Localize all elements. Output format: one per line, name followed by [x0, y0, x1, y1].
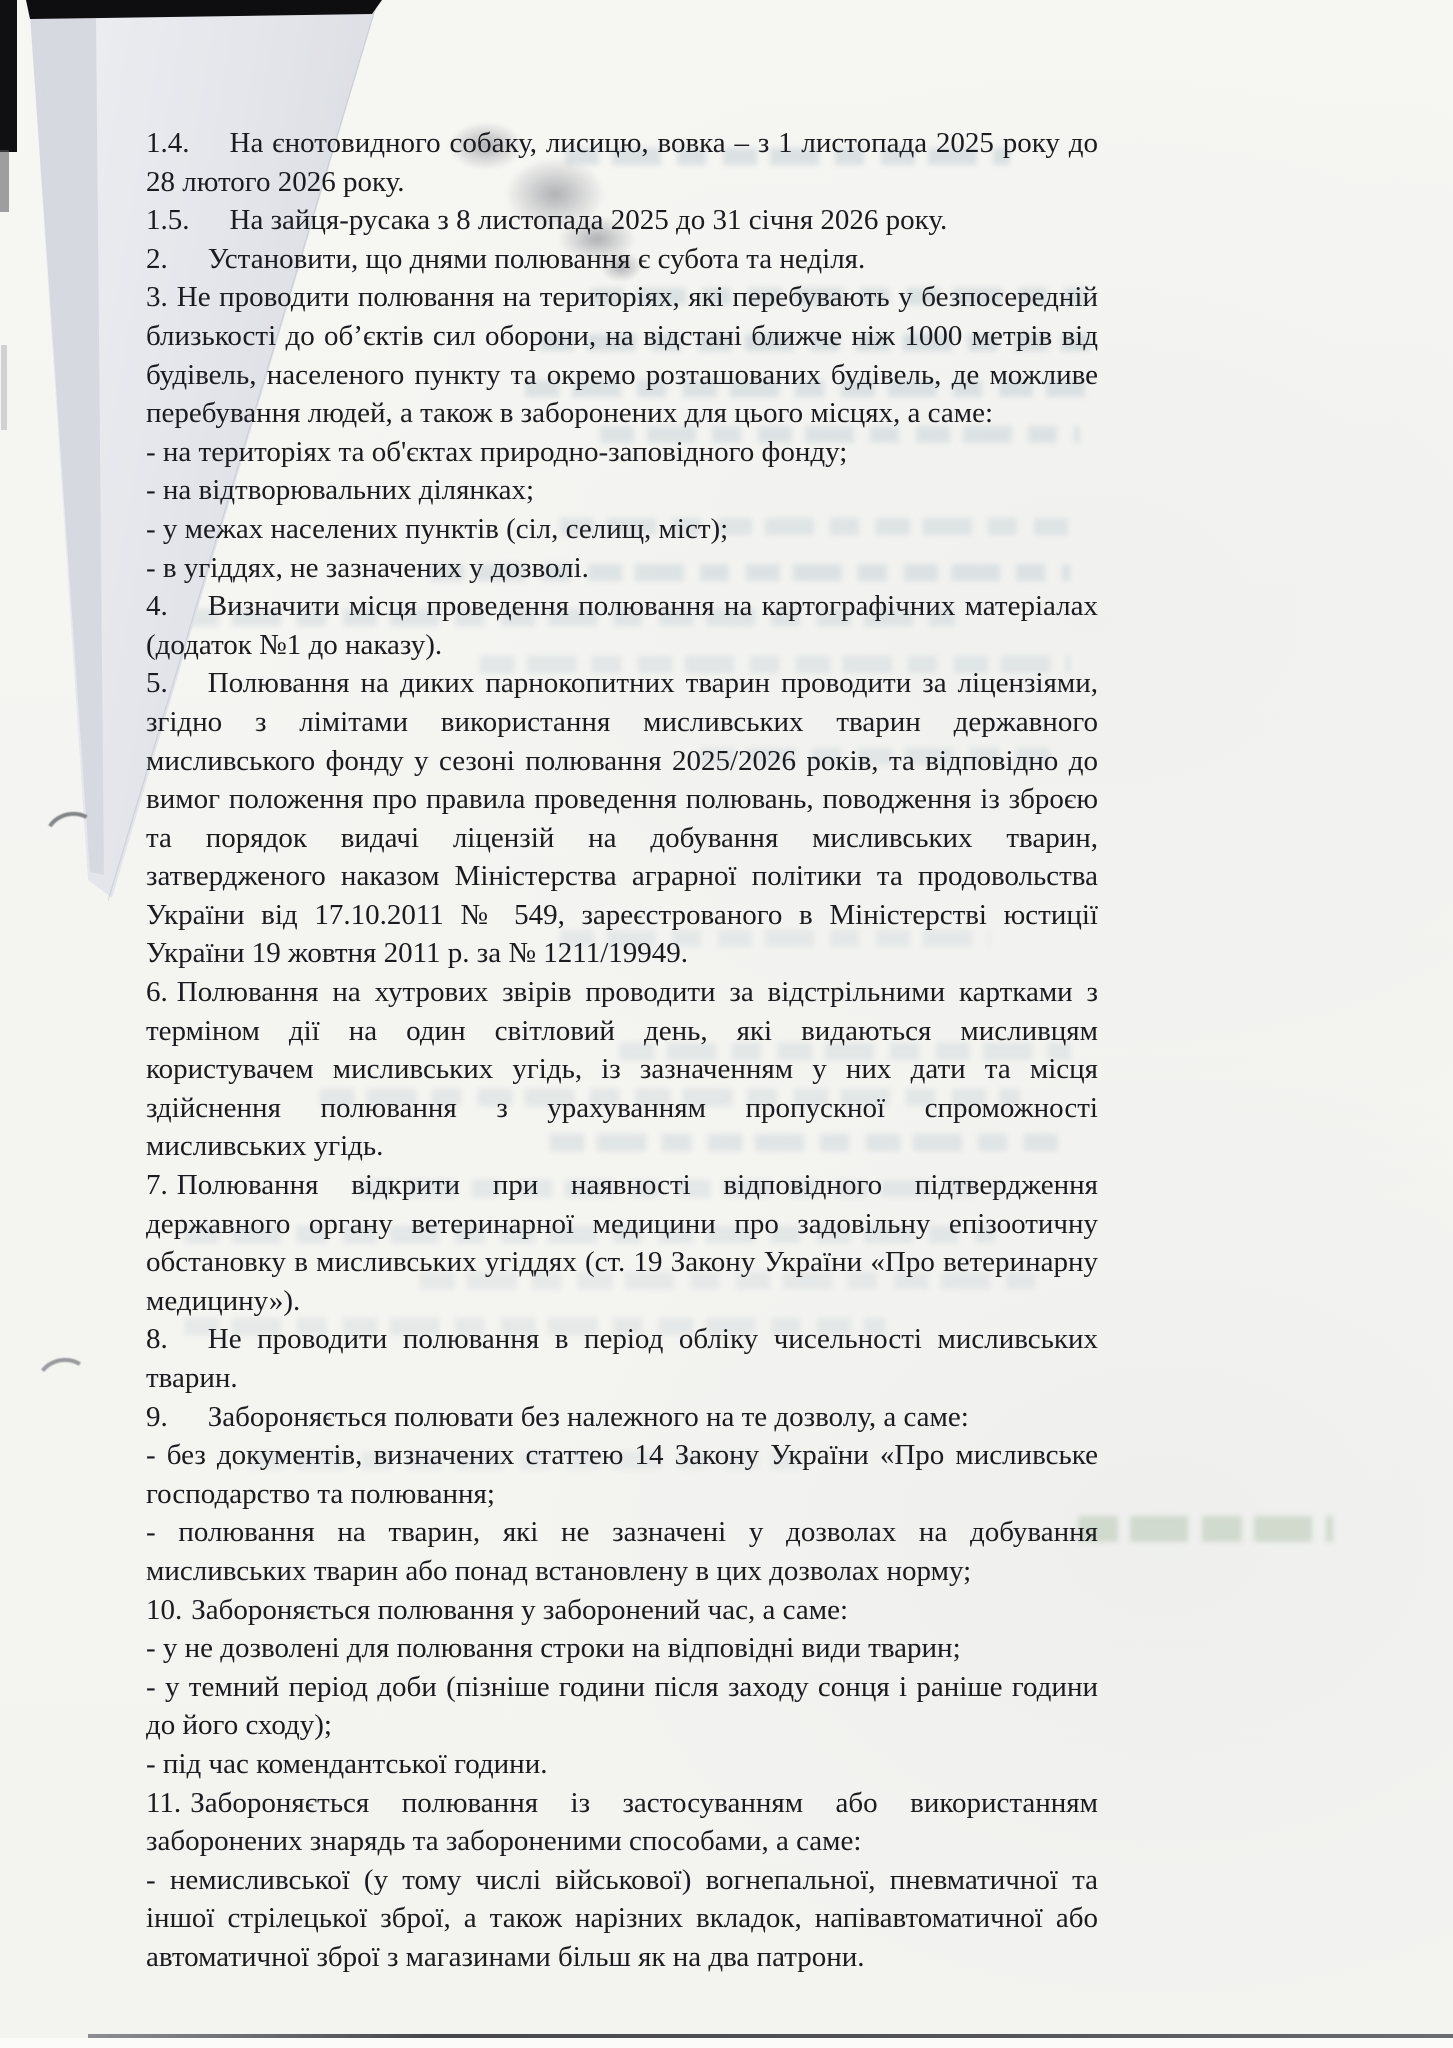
paragraph: 3.Не проводити полювання на територіях, …	[146, 278, 1098, 432]
paragraph: - під час комендантської години.	[146, 1745, 1098, 1784]
paragraph: 10.Забороняється полювання у заборонений…	[146, 1591, 1098, 1630]
paragraph: 2.Установити, що днями полювання є субот…	[146, 240, 1098, 279]
paragraph: - немисливської (у тому числі військової…	[146, 1861, 1098, 1977]
paragraph: - у темний період доби (пізніше години п…	[146, 1668, 1098, 1745]
paragraph: 4.Визначити місця проведення полювання н…	[146, 587, 1098, 664]
paragraph-text: - немисливської (у тому числі військової…	[146, 1864, 1098, 1973]
paragraph-text: - на територіях та об'єктах природно-зап…	[146, 436, 847, 468]
paragraph-number: 2.	[146, 240, 168, 279]
paragraph-text: На єнотовидного собаку, лисицю, вовка – …	[146, 127, 1098, 198]
paragraph-number: 4.	[146, 587, 168, 626]
paragraph-text: - на відтворювальних ділянках;	[146, 474, 534, 506]
paragraph-number: 3.	[146, 278, 168, 317]
document-body: 1.4.На єнотовидного собаку, лисицю, вовк…	[146, 124, 1098, 1977]
paragraph-text: Установити, що днями полювання є субота …	[208, 243, 866, 275]
paragraph-number: 11.	[146, 1784, 181, 1823]
paragraph-text: Забороняється полювання у заборонений ча…	[191, 1594, 848, 1626]
paragraph: 11.Забороняється полювання із застосуван…	[146, 1784, 1098, 1861]
paragraph-text: - у темний період доби (пізніше години п…	[146, 1671, 1098, 1742]
paragraph: 1.4.На єнотовидного собаку, лисицю, вовк…	[146, 124, 1098, 201]
paragraph: - в угіддях, не зазначених у дозволі.	[146, 549, 1098, 588]
paragraph: 9.Забороняється полювати без належного н…	[146, 1398, 1098, 1437]
paragraph-text: Забороняється полювання із застосуванням…	[146, 1787, 1098, 1858]
paragraph-number: 8.	[146, 1320, 168, 1359]
paragraph: 6.Полювання на хутрових звірів проводити…	[146, 973, 1098, 1166]
paragraph-text: Не проводити полювання на територіях, як…	[146, 281, 1098, 429]
paragraph-number: 1.4.	[146, 124, 190, 163]
paragraph: - на відтворювальних ділянках;	[146, 471, 1098, 510]
paragraph-number: 7.	[146, 1166, 168, 1205]
paragraph: - без документів, визначених статтею 14 …	[146, 1436, 1098, 1513]
paragraph-number: 1.5.	[146, 201, 190, 240]
paragraph: 7.Полювання відкрити при наявності відпо…	[146, 1166, 1098, 1320]
scanned-document-page: { "document": { "language": "uk", "color…	[0, 0, 1453, 2048]
paragraph: 8.Не проводити полювання в період обліку…	[146, 1320, 1098, 1397]
paragraph-text: - в угіддях, не зазначених у дозволі.	[146, 552, 589, 584]
paragraph: - полювання на тварин, які не зазначені …	[146, 1513, 1098, 1590]
paragraph-number: 9.	[146, 1398, 168, 1437]
paragraph-text: - полювання на тварин, які не зазначені …	[146, 1516, 1098, 1587]
paragraph: - у не дозволені для полювання строки на…	[146, 1629, 1098, 1668]
paragraph-text: Полювання на хутрових звірів проводити з…	[146, 976, 1098, 1162]
paragraph: 5.Полювання на диких парнокопитних твари…	[146, 664, 1098, 973]
paragraph-text: Забороняється полювати без належного на …	[208, 1401, 969, 1433]
paragraph-text: - під час комендантської години.	[146, 1748, 547, 1780]
paragraph-text: Визначити місця проведення полювання на …	[146, 590, 1098, 661]
paragraph-text: - у межах населених пунктів (сіл, селищ,…	[146, 513, 728, 545]
paragraph-text: Не проводити полювання в період обліку ч…	[146, 1323, 1098, 1394]
paragraph-number: 6.	[146, 973, 168, 1012]
paragraph-text: - без документів, визначених статтею 14 …	[146, 1439, 1098, 1510]
paragraph-text: На зайця-русака з 8 листопада 2025 до 31…	[230, 204, 948, 236]
paragraph-number: 5.	[146, 664, 168, 703]
paragraph: - на територіях та об'єктах природно-зап…	[146, 433, 1098, 472]
paragraph-text: - у не дозволені для полювання строки на…	[146, 1632, 961, 1664]
paragraph-text: Полювання на диких парнокопитних тварин …	[146, 667, 1098, 969]
paragraph-text: Полювання відкрити при наявності відпові…	[146, 1169, 1098, 1317]
paragraph-number: 10.	[146, 1591, 182, 1630]
paragraph: 1.5.На зайця-русака з 8 листопада 2025 д…	[146, 201, 1098, 240]
paragraph: - у межах населених пунктів (сіл, селищ,…	[146, 510, 1098, 549]
